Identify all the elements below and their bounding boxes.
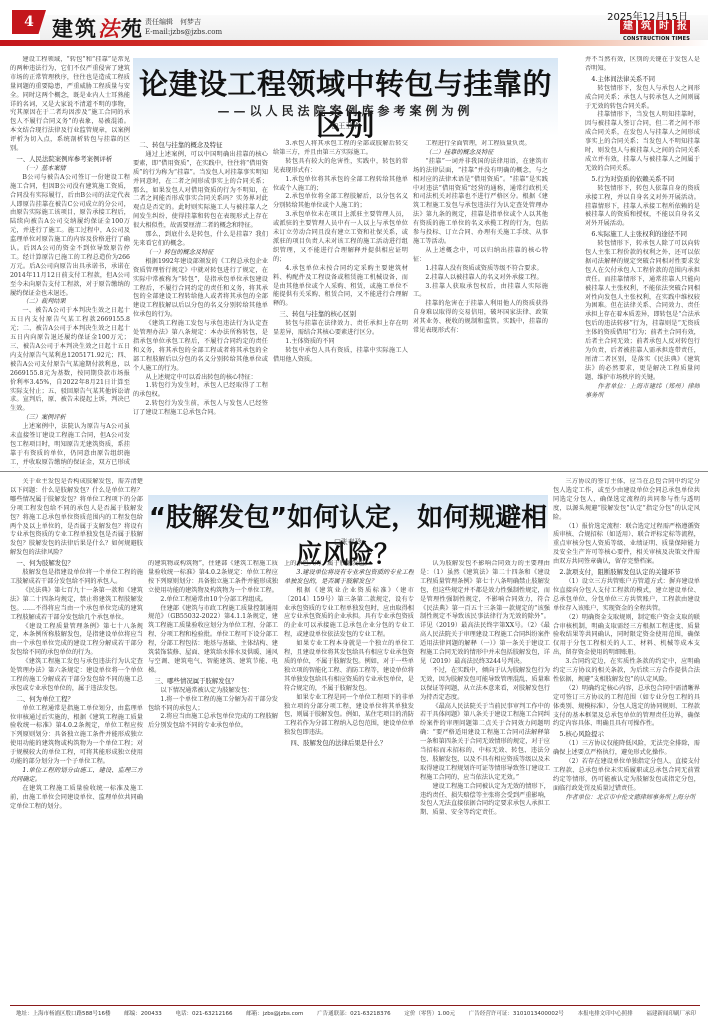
article2-header: “肢解发包”如何认定，如何规避相应风险？ □张春玲 bbox=[148, 495, 548, 555]
paragraph: 肢解发包是指建设单位将一个单位工程的施工肢解成若干部分发包给不同的承包人。 bbox=[10, 569, 143, 587]
footer-price: 定价（零售）1.00元 bbox=[404, 1009, 455, 1017]
paragraph: 挂靠的危害在于挂靠人利用他人的资质获得自身难以取得的交易信用，破坏国家法律、政策… bbox=[413, 300, 548, 336]
article1-header: 论建设工程领域中转包与挂靠的区别 ——以人民法院案例库参考案例为例 □王卫华 bbox=[133, 58, 558, 136]
footer: 地址：上海市杨浦区殷口路588号16楼 邮编：200433 电话：021-632… bbox=[16, 1009, 696, 1017]
section-heading: 一、人民法院案例库参考案例评析 bbox=[10, 155, 130, 164]
section-heading: 三、哪些情况属于肢解发包？ bbox=[148, 677, 278, 686]
author-affiliation: 作者单位：北京市中伦文德律师事务所上海分所 bbox=[553, 794, 700, 803]
paragraph: 转包情形下，转包人依靠自身的资质承接工程，并以自身名义对外开展活动。挂靠情形下，… bbox=[585, 185, 700, 230]
paragraph: 如果专业工程是同一个单位工程项下的非单独立项的分部分项工程，建设单位将其单独发包… bbox=[284, 694, 414, 739]
section-heading: 二、转包与挂靠的概念及特征 bbox=[133, 141, 268, 150]
paragraph: 1.将一个单位工程的施工分解为若干部分发包给不同的承包人； bbox=[148, 696, 278, 714]
paragraph: 3.承包人将其承包工程的全部或肢解后转交给第三方，并且由第三方实际施工。 bbox=[273, 140, 408, 158]
paragraph: 1.承包单位将其承包的全部工程转给其他单位或个人施工的； bbox=[273, 176, 408, 194]
paragraph: （2）明确约定核心内容，总承包合同中需清晰界定可签订三方协议的工程范围（如专业分… bbox=[553, 685, 700, 730]
paragraph: （1）三方协议仅能降低风险，无法完全排除，需确保上述要点严格执行，避免形式化操作… bbox=[553, 740, 700, 758]
subsection-heading: （二）挂靠的概念及特征 bbox=[413, 149, 548, 158]
paragraph: 《建筑工程施工发包与承包违法行为认定查处管理办法》第八条规定：本办法所称转包，是… bbox=[133, 320, 268, 373]
article1-column-3: 3.承包人将其承包工程的全部或肢解后转交给第三方，并且由第三方实际施工。 转包具… bbox=[273, 140, 408, 468]
paragraph: 工程进行全面管理，对工程质量负责。 bbox=[413, 140, 548, 149]
paragraph: 在建筑工程施工质量验收统一标准及施工前，由施工单位会同建设单位、监理单位共同确定… bbox=[10, 785, 143, 812]
paragraph: 2.承包单位将全部工程肢解后，以分包名义分别转给其他单位或个人施工的； bbox=[273, 193, 408, 211]
paragraph: 建设工程施工合同被认定为无效的情形下，违约责任、损失赔偿等主张将会受到严重影响，… bbox=[420, 783, 550, 819]
paragraph: 通过上述案例，可以中国明确出挂靠的核心要素，即“借用资质”，在实践中，往往将“借… bbox=[133, 151, 268, 231]
paragraph: 《民法典》第七百九十一条第一款和《建筑法》第二十四条均规定，禁止将建筑工程肢解发… bbox=[10, 587, 143, 623]
article2-column-4: 认为肢解发包不影响合同效力的主要理由是：（1）虽然《建筑法》第二十四条和《建设工… bbox=[420, 560, 550, 1000]
editor-name: 责任编辑 何梦吉 bbox=[145, 17, 222, 27]
paragraph: （1）设立三方共管账户方管道方式：摒弃建设单位直接向分包人支付工程款的模式，建立… bbox=[553, 578, 700, 614]
editor-email[interactable]: E-mail:jzbs@jzbs.com bbox=[145, 27, 222, 37]
logo-char: 报 bbox=[674, 20, 690, 34]
paragraph: 《建筑工程施工发包与承包违法行为认定查处管理办法》第六条规定：建设单位将一个单位… bbox=[10, 658, 143, 694]
paragraph: 上述案例中，法院认为原告与A公司虽未直接签订建设工程施工合同，但A公司发包工程项… bbox=[10, 423, 130, 468]
paragraph: 2.将应当由施工总承包单位完成的工程肢解后分别发包给不同的专业承包单位。 bbox=[148, 713, 278, 731]
article1-author: □王卫华 bbox=[133, 121, 558, 131]
paragraph: 《建设工程质量管理条例》第七十八条规定，本条例所称肢解发包，是指建设单位将应当由… bbox=[10, 623, 143, 659]
paragraph: 1.主体资质的不同 bbox=[273, 338, 408, 347]
footer-rule bbox=[10, 1005, 700, 1006]
paragraph: 转包具有较大的危害性，实践中，转包的常见表现形式有： bbox=[273, 158, 408, 176]
section-title: 建筑法苑 bbox=[52, 13, 144, 43]
section-heading: 4.主体间法律关系不同 bbox=[585, 75, 700, 84]
article2-column-3: 上的承包人的，属于肢解发包。 3.建设单位将设有专业承包资质的专业工程单独发包的… bbox=[284, 560, 414, 1000]
section-heading: 5.行为对资质的依赖关系不同 bbox=[585, 175, 700, 184]
section-heading: 四、肢解发包的法律后果是什么？ bbox=[284, 739, 414, 748]
paragraph: 住建部《建筑与市政工程施工质量控制通用规范》（GB55032-2022）第4.1… bbox=[148, 605, 278, 676]
paragraph: 三方协议的签订主体，应当在总包合同中约定分包人选定工作，或至少由建设单位会同总承… bbox=[553, 478, 700, 523]
paragraph: 挂靠情形下，当发包人明知挂靠时，因与被挂靠人签订合同，但二者之间不形成合同关系，… bbox=[585, 111, 700, 173]
article1-column-2: 二、转包与挂靠的概念及特征 通过上述案例，可以中国明确出挂靠的核心要素，即“借用… bbox=[133, 140, 268, 468]
paragraph: 3.挂靠人获取承包权后，由挂靠人实际施工。 bbox=[413, 283, 548, 301]
footer-postcode: 邮编：200433 bbox=[124, 1009, 162, 1017]
paragraph: 上的承包人的，属于肢解发包。 bbox=[284, 560, 414, 569]
editor-info: 责任编辑 何梦吉 E-mail:jzbs@jzbs.com bbox=[145, 17, 222, 37]
footer-ad-license: 广告经营许可证：3101013400002号 bbox=[469, 1009, 564, 1017]
subsection-heading: （一）转包的概念及特征 bbox=[133, 249, 268, 258]
subsection-heading: 3.建设单位将设有专业承包资质的专业工程单独发包的，是否属于肢解发包？ bbox=[284, 569, 414, 587]
paragraph: 根据《建筑业企业资质标准》（建市〔2014〕159号）第三条第二款规定，设有专业… bbox=[284, 587, 414, 640]
paragraph: 3.承包单位未在项目上派驻主要管理人员，或派驻的主要管理人员中有一人以上与承包单… bbox=[273, 211, 408, 264]
paragraph: 2.转包行为发生前，承包人与发包人已经签订了建设工程施工总承包合同。 bbox=[133, 400, 268, 418]
section-heading: 二、何为单位工程？ bbox=[10, 695, 143, 704]
paragraph: 从上述概念中，可以归纳出挂靠的核心特征： bbox=[413, 247, 548, 265]
paragraph: 1.挂靠人没有资质或资质等级不符合要求。 bbox=[413, 265, 548, 274]
section-title-part1: 建筑 bbox=[52, 16, 98, 41]
logo-char: 筑 bbox=[638, 20, 654, 34]
subsection-heading: （三）案例评析 bbox=[10, 414, 130, 423]
paragraph: B公司与被告A公司签订一份建设工程施工合同，但因B公司没有建筑施工资质，合同没有… bbox=[10, 174, 130, 299]
paragraph: 建设工程领域，“转包”和“挂靠”是常见的两种违法行为，它们不仅严重侵害了建筑市场… bbox=[10, 56, 130, 154]
article1-subtitle: ——以人民法院案例库参考案例为例 bbox=[133, 102, 558, 119]
section-heading: 一、何为肢解发包？ bbox=[10, 559, 143, 568]
masthead: 4 建筑法苑 责任编辑 何梦吉 E-mail:jzbs@jzbs.com 202… bbox=[0, 0, 708, 50]
paragraph: （2）明确资金支取规则，制定账户资金支取的联合审核机制，明确支取需经三方根据工程… bbox=[553, 614, 700, 659]
paragraph: 并不当然有效，区别的关键在于发包人是否明知。 bbox=[585, 56, 700, 74]
paragraph: 2.单位工程通常由10个分部工程组成。 bbox=[148, 596, 278, 605]
paragraph: 转包与挂靠在法律效力、责任承担上存在明显差异，需结合其核心要素进行区分。 bbox=[273, 320, 408, 338]
paragraph: 2.挂靠人以被挂靠人的名义对外承接工程。 bbox=[413, 274, 548, 283]
article2-column-1: 关于业主发包是否构成肢解发包，需弄清楚以下问题：什么是肢解发包？什么是单位工程？… bbox=[10, 478, 143, 1000]
footer-printer: 福建新闻印刷厂承印 bbox=[646, 1009, 696, 1017]
footer-ad-phone: 广告通联部：021-63218376 bbox=[317, 1009, 390, 1017]
paragraph: 4.承包单位未按合同约定采购主要建筑材料、构配件及工程设备或租赁施工机械设备，而… bbox=[273, 265, 408, 310]
paragraph: 如果专业工程本身就是一个独立的单位工程，且建设单位将其发包给具有相应专业承包资质… bbox=[284, 640, 414, 693]
paragraph: （2）若存在建设单位单独指定分包人、直接支付工程款、总承包单位未实质履职或总承包… bbox=[553, 758, 700, 794]
paragraph: 转包中承包人具有资质，挂靠中实际施工人借用他人资质。 bbox=[273, 347, 408, 365]
paragraph: 关于业主发包是否构成肢解发包，需弄清楚以下问题：什么是肢解发包？什么是单位工程？… bbox=[10, 478, 143, 558]
article1-column-1: 建设工程领域，“转包”和“挂靠”是常见的两种违法行为，它们不仅严重侵害了建筑市场… bbox=[10, 56, 130, 468]
paragraph: 那么，到底什么是转包，什么是挂靠？我们先来看它们的概念。 bbox=[133, 231, 268, 249]
paragraph: 3.合同约定边，在实质性条款的约定中，应明确约定三方协议的相关条款，为后续三方合… bbox=[553, 658, 700, 685]
paragraph: 一、被告A公司于本判决生效之日起十五日内支付原告气某工程款2669155.8元；… bbox=[10, 307, 130, 414]
subsection-heading: 1.单位工程的划分由施工、建设、监理三方共同确定。 bbox=[10, 767, 143, 785]
section-heading: 6.实际施工人主张权利的途径不同 bbox=[585, 230, 700, 239]
paragraph: “挂靠”一词并非我国的法律用语，在建筑市场的法律层面，“挂靠”并没有明确的概念，… bbox=[413, 158, 548, 247]
paragraph: 转包情形下，转承包人除了可以向转包人主张工程价款的权利之外，还可以依据司法解释的… bbox=[585, 240, 700, 383]
article2-column-6: 三方协议的签订主体，应当在总包合同中约定分包人选定工作，或至少由建设单位会同总承… bbox=[553, 478, 700, 1000]
article1-column-4: 工程进行全面管理，对工程质量负责。 （二）挂靠的概念及特征 “挂靠”一词并非我国… bbox=[413, 140, 548, 468]
section-heading: 2.款项支付，阻断肢解发包认定的关键环节 bbox=[553, 568, 700, 577]
article1-column-6: 并不当然有效，区别的关键在于发包人是否明知。 4.主体间法律关系不同 转包情形下… bbox=[585, 56, 700, 468]
section-title-red: 法 bbox=[98, 16, 121, 41]
footer-phone: 电话：021-63212166 bbox=[176, 1009, 233, 1017]
article2-author: □张春玲 bbox=[148, 537, 548, 547]
paragraph: 《最高人民法院关于当前民事审判工作中的若干具体问题》第八条关于建设工程施工合同纠… bbox=[420, 703, 550, 783]
paragraph: 不过，在实践中，倾向于认为肢解发包行为无效，因为肢解发包可能导致管理混乱、质量难… bbox=[420, 667, 550, 703]
article2-column-2: 的建筑物或构筑物”，住建部《建筑工程施工质量验收统一标准》第4.0.2条规定：单… bbox=[148, 560, 278, 1000]
section-heading: 5.核心风险提示 bbox=[553, 730, 700, 739]
paragraph: 根据1992年建设部颁发的《工程总承包企业资质管理暂行规定》中就对转包进行了规定… bbox=[133, 258, 268, 320]
paragraph: 以下情况通常被认定为肢解发包： bbox=[148, 687, 278, 696]
section-title-part2: 苑 bbox=[121, 16, 144, 41]
paragraph: （1）报价选定流程：联合选定过程需严格遵循资质审核、合规招标（如适用）、联合评标… bbox=[553, 523, 700, 568]
subsection-heading: （一）基本案情 bbox=[10, 165, 130, 174]
logo-char: 建 bbox=[620, 20, 636, 34]
footer-address: 地址：上海市杨浦区殷口路588号16楼 bbox=[16, 1009, 111, 1017]
newspaper-logo: 建 筑 时 报 bbox=[620, 20, 690, 34]
paragraph: 认为肢解发包不影响合同效力的主要理由是：（1）虽然《建筑法》第二十四条和《建设工… bbox=[420, 560, 550, 667]
article-divider bbox=[0, 471, 708, 472]
footer-email[interactable]: 邮箱：jzbs@jzbs.com bbox=[246, 1009, 303, 1017]
paragraph: 转包情形下，发包人与承包人之间形成合同关系；承包人与转承包人之间则属于无效的转包… bbox=[585, 85, 700, 112]
author-affiliation: 作者单位：上海市建纬（郑州）律师事务所 bbox=[585, 383, 700, 401]
paragraph: 的建筑物或构筑物”，住建部《建筑工程施工质量验收统一标准》第4.0.2条规定：单… bbox=[148, 560, 278, 596]
paragraph: 1.转包行为发生时，承包人已经取得了工程的承包权。 bbox=[133, 382, 268, 400]
paragraph: 单位工程通常是指施工单位划分，由监理单位审核通过后实施的，根据《建筑工程施工质量… bbox=[10, 705, 143, 767]
logo-char: 时 bbox=[656, 20, 672, 34]
footer-typesetting: 本报电排文印中心照排 bbox=[578, 1009, 633, 1017]
section-heading: 三、转包与挂靠的核心区别 bbox=[273, 310, 408, 319]
logo-english: CONSTRUCTION TIMES bbox=[623, 36, 690, 42]
